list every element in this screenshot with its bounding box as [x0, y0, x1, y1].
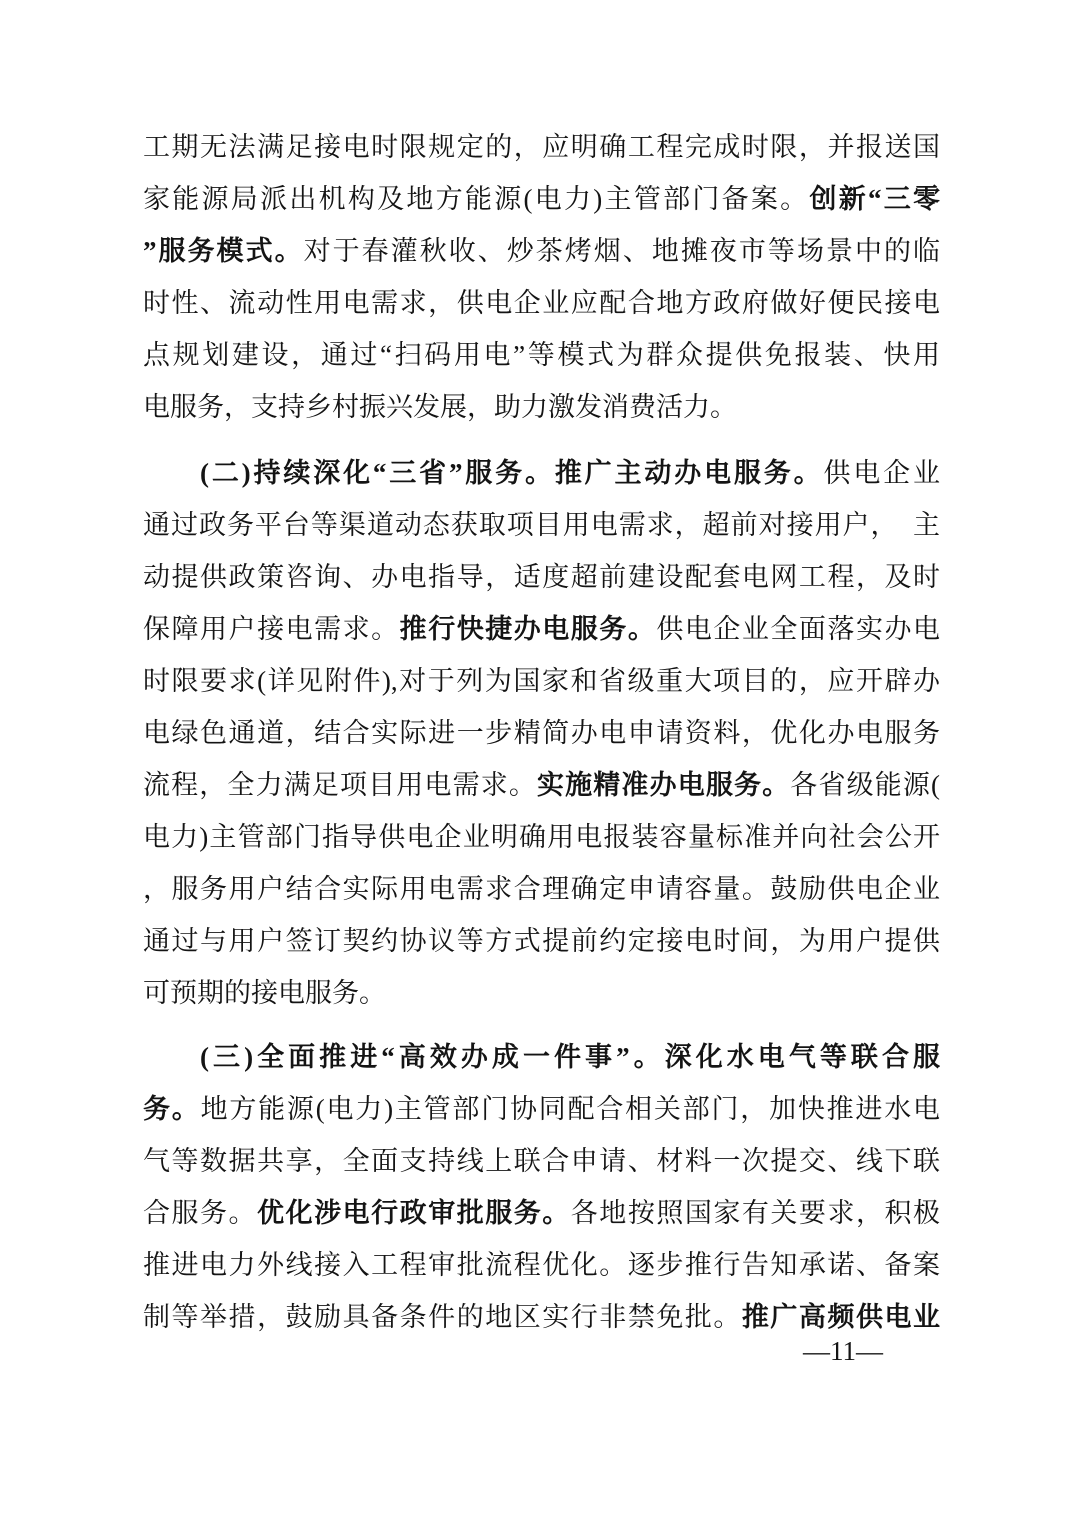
text-segment: 供电企业: [823, 458, 940, 488]
text-line: 时性、流动性用电需求，供电企业应配合地方政府做好便民接电: [143, 277, 940, 329]
document-text-block: 工期无法满足接电时限规定的，应明确工程完成时限，并报送国家能源局派出机构及地方能…: [143, 121, 940, 1343]
text-line: (三)全面推进“高效办成一件事”。深化水电气等联合服: [143, 1031, 940, 1083]
text-segment: 家能源局派出机构及地方能源(电力)主管部门备案。: [143, 184, 809, 214]
text-line: 家能源局派出机构及地方能源(电力)主管部门备案。创新“三零: [143, 173, 940, 225]
text-line: 通过与用户签订契约协议等方式提前约定接电时间，为用户提供: [143, 915, 940, 967]
paragraph-3: (三)全面推进“高效办成一件事”。深化水电气等联合服务。地方能源(电力)主管部门…: [143, 1031, 940, 1343]
text-line: 保障用户接电需求。推行快捷办电服务。供电企业全面落实办电: [143, 603, 940, 655]
bold-text-segment: 务。: [143, 1094, 201, 1124]
text-segment: 通过政务平台等渠道动态获取项目用电需求，超前对接用户， 主: [143, 510, 940, 540]
text-line: 推进电力外线接入工程审批流程优化。逐步推行告知承诺、备案: [143, 1239, 940, 1291]
text-line: 电力)主管部门指导供电企业明确用电报装容量标准并向社会公开: [143, 811, 940, 863]
bold-text-segment: (二)持续深化“三省”服务。推广主动办电服务。: [200, 458, 823, 488]
bold-text-segment: 实施精准办电服务。: [537, 770, 790, 800]
text-segment: 气等数据共享，全面支持线上联合申请、材料一次提交、线下联: [143, 1146, 940, 1176]
bold-text-segment: 优化涉电行政审批服务。: [257, 1198, 571, 1228]
text-segment: 地方能源(电力)主管部门协同配合相关部门，加快推进水电: [201, 1094, 940, 1124]
bold-text-segment: (三)全面推进“高效办成一件事”。深化水电气等联合服: [200, 1042, 940, 1072]
text-segment: 电服务，支持乡村振兴发展，助力激发消费活力。: [143, 392, 737, 422]
text-segment: 对于春灌秋收、炒茶烤烟、地摊夜市等场景中的临: [304, 236, 940, 266]
text-segment: 可预期的接电服务。: [143, 978, 386, 1008]
text-line: (二)持续深化“三省”服务。推广主动办电服务。供电企业: [143, 447, 940, 499]
text-line: ”服务模式。对于春灌秋收、炒茶烤烟、地摊夜市等场景中的临: [143, 225, 940, 277]
text-line: 电服务，支持乡村振兴发展，助力激发消费活力。: [143, 381, 940, 433]
bold-text-segment: ”服务模式。: [143, 236, 304, 266]
text-line: ，服务用户结合实际用电需求合理确定申请容量。鼓励供电企业: [143, 863, 940, 915]
bold-text-segment: 创新“三零: [809, 184, 940, 214]
text-line: 可预期的接电服务。: [143, 967, 940, 1019]
text-segment: 流程，全力满足项目用电需求。: [143, 770, 537, 800]
paragraph-1: 工期无法满足接电时限规定的，应明确工程完成时限，并报送国家能源局派出机构及地方能…: [143, 121, 940, 433]
text-line: 点规划建设，通过“扫码用电”等模式为群众提供免报装、快用: [143, 329, 940, 381]
text-segment: 工期无法满足接电时限规定的，应明确工程完成时限，并报送国: [143, 132, 940, 162]
text-line: 务。地方能源(电力)主管部门协同配合相关部门，加快推进水电: [143, 1083, 940, 1135]
text-segment: 时性、流动性用电需求，供电企业应配合地方政府做好便民接电: [143, 288, 940, 318]
text-line: 合服务。优化涉电行政审批服务。各地按照国家有关要求，积极: [143, 1187, 940, 1239]
text-segment: 电绿色通道，结合实际进一步精简办电申请资料，优化办电服务: [143, 718, 940, 748]
text-line: 通过政务平台等渠道动态获取项目用电需求，超前对接用户， 主: [143, 499, 940, 551]
text-segment: 推进电力外线接入工程审批流程优化。逐步推行告知承诺、备案: [143, 1250, 940, 1280]
text-segment: ，服务用户结合实际用电需求合理确定申请容量。鼓励供电企业: [143, 874, 940, 904]
text-segment: 供电企业全面落实办电: [656, 614, 940, 644]
bold-text-segment: 推广高频供电业: [742, 1302, 940, 1332]
text-segment: 动提供政策咨询、办电指导，适度超前建设配套电网工程，及时: [143, 562, 940, 592]
text-line: 时限要求(详见附件),对于列为国家和省级重大项目的，应开辟办: [143, 655, 940, 707]
text-line: 动提供政策咨询、办电指导，适度超前建设配套电网工程，及时: [143, 551, 940, 603]
bold-text-segment: 推行快捷办电服务。: [400, 614, 657, 644]
text-segment: 合服务。: [143, 1198, 257, 1228]
page-number: —11—: [803, 1337, 883, 1365]
paragraph-2: (二)持续深化“三省”服务。推广主动办电服务。供电企业通过政务平台等渠道动态获取…: [143, 447, 940, 1019]
text-segment: 制等举措，鼓励具备条件的地区实行非禁免批。: [143, 1302, 742, 1332]
text-segment: 点规划建设，通过“扫码用电”等模式为群众提供免报装、快用: [143, 340, 940, 370]
text-segment: 各地按照国家有关要求，积极: [571, 1198, 940, 1228]
text-line: 流程，全力满足项目用电需求。实施精准办电服务。各省级能源(: [143, 759, 940, 811]
text-segment: 各省级能源(: [790, 770, 940, 800]
text-segment: 时限要求(详见附件),对于列为国家和省级重大项目的，应开辟办: [143, 666, 940, 696]
text-line: 工期无法满足接电时限规定的，应明确工程完成时限，并报送国: [143, 121, 940, 173]
text-line: 气等数据共享，全面支持线上联合申请、材料一次提交、线下联: [143, 1135, 940, 1187]
text-line: 电绿色通道，结合实际进一步精简办电申请资料，优化办电服务: [143, 707, 940, 759]
text-segment: 通过与用户签订契约协议等方式提前约定接电时间，为用户提供: [143, 926, 940, 956]
text-segment: 保障用户接电需求。: [143, 614, 400, 644]
text-segment: 电力)主管部门指导供电企业明确用电报装容量标准并向社会公开: [143, 822, 940, 852]
